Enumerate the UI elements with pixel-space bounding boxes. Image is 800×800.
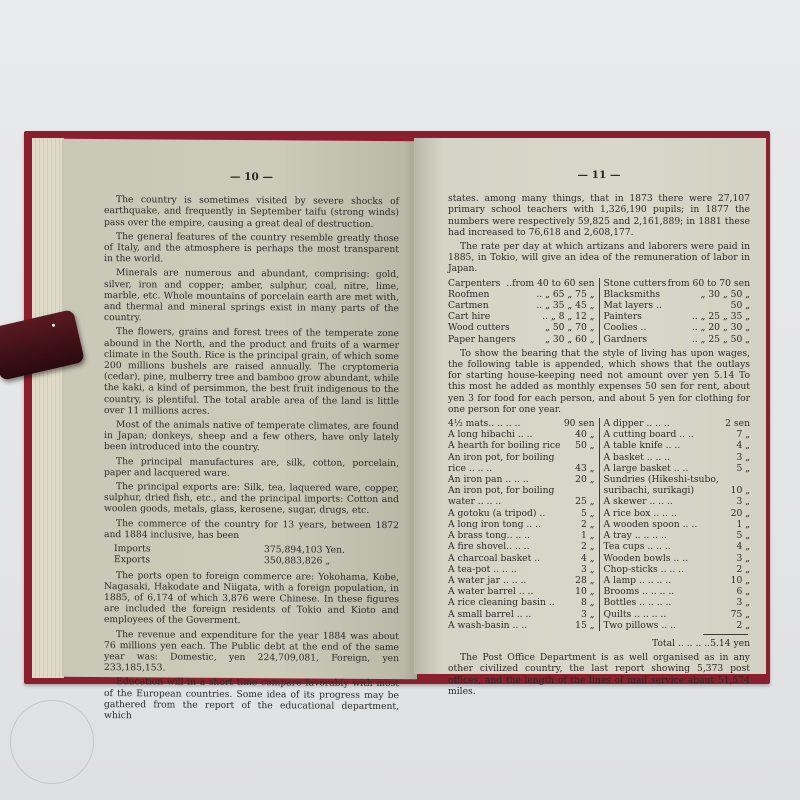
paragraph: The ports open to foreign commerce are: …: [104, 570, 399, 628]
row-value: 3 „: [581, 609, 595, 620]
row-label: A small barrel .. ..: [448, 609, 531, 620]
row-label: Blacksmiths: [604, 289, 661, 300]
row-label: An iron pot, for boiling: [448, 452, 554, 463]
table-row: A fire shovel.. .. ..2 „: [448, 541, 595, 552]
table-row: Sundries (Hikeshi-tsubo,: [604, 474, 751, 485]
table-row: An iron pot, for boiling: [448, 452, 595, 463]
row-label: A basket .. .. ..: [604, 452, 671, 463]
paragraph: The principal manufactures are, silk, co…: [104, 456, 399, 480]
paragraph: The country is sometimes visited by seve…: [104, 194, 399, 230]
row-label: 4½ mats.. .. .. ..: [448, 418, 520, 429]
row-label: Tea cups .. .. ..: [604, 541, 671, 552]
row-label: Mat layers ..: [604, 300, 662, 311]
row-label: Stone cutters: [604, 278, 667, 289]
row-value: .. „ 8 „ 12 „: [542, 311, 594, 322]
row-value: 50 „: [575, 440, 594, 451]
items-column-left: 4½ mats.. .. .. ..90 senA long hibachi .…: [448, 418, 600, 631]
row-label: Cartmen: [448, 300, 489, 311]
paragraph: The revenue and expenditure for the year…: [104, 629, 399, 676]
row-value: 4 „: [581, 553, 595, 564]
row-value: 5 „: [581, 508, 595, 519]
table-row: A rice box .. .. ..20 „: [604, 508, 751, 519]
row-label: Wooden bowls .. ..: [604, 553, 689, 564]
table-row: Roofmen.. „ 65 „ 75 „: [448, 289, 595, 300]
right-page: — 11 — states. among many things, that i…: [414, 138, 766, 674]
row-value: 2 „: [736, 564, 750, 575]
row-value: 6 „: [736, 586, 750, 597]
table-row: Bottles .. .. .. ..3 „: [604, 597, 751, 608]
table-row: Brooms .. .. .. ..6 „: [604, 586, 751, 597]
row-label: Two pillows .. ..: [604, 620, 676, 631]
row-label: An iron pot, for boiling: [448, 485, 554, 496]
row-label: Roofmen: [448, 289, 489, 300]
row-label: A brass tong.. .. ..: [448, 530, 530, 541]
paragraph: states. among many things, that in 1873 …: [448, 193, 750, 238]
row-label: A rice box .. .. ..: [604, 508, 677, 519]
row-label: A tea-pot .. .. ..: [448, 564, 517, 575]
table-row: 4½ mats.. .. .. ..90 sen: [448, 418, 595, 429]
row-label: Quilts .. .. .. ..: [604, 609, 667, 620]
row-value: 1 „: [736, 519, 750, 530]
row-value: 25 „: [575, 496, 594, 507]
table-row: A long hibachi .. ..40 „: [448, 429, 595, 440]
paragraph: The Post Office Department is as well or…: [448, 652, 750, 697]
table-row: A long iron tong .. ..2 „: [448, 519, 595, 530]
table-row: Painters.. „ 25 „ 35 „: [604, 311, 751, 322]
table-row: suribachi, surikagi)10 „: [604, 485, 751, 496]
table-row: Two pillows .. ..2 „: [604, 620, 751, 631]
row-label: A dipper .. .. ..: [604, 418, 670, 429]
table-row: A dipper .. .. ..2 sen: [604, 418, 751, 429]
row-value: 50 „: [731, 300, 750, 311]
row-value: 20 „: [731, 508, 750, 519]
paragraph: Minerals are numerous and abundant, comp…: [104, 267, 399, 325]
row-value: .. „ 20 „ 30 „: [692, 322, 750, 333]
table-row: Carpenters..from 40 to 60 sen: [448, 278, 595, 289]
row-label: An iron pan .. .. ..: [448, 474, 529, 485]
row-value: „ 30 „ 50 „: [701, 289, 750, 300]
row-label: A water jar .. .. ..: [448, 575, 526, 586]
table-row: A basket .. .. ..3 „: [604, 452, 751, 463]
row-label: water .. .. ..: [448, 496, 501, 507]
watermark-seal: [10, 700, 94, 784]
table-row: rice .. .. ..43 „: [448, 463, 595, 474]
row-label: Coolies ..: [604, 322, 647, 333]
row-value: 3 „: [736, 496, 750, 507]
trade-value: 350,883,826 „: [264, 555, 364, 567]
clip-highlight: [52, 323, 56, 327]
row-label: A long hibachi .. ..: [448, 429, 532, 440]
row-value: 40 „: [575, 429, 594, 440]
paragraph: To show the bearing that the style of li…: [448, 348, 750, 415]
table-row: A small barrel .. ..3 „: [448, 609, 595, 620]
row-value: .. „ 25 „ 35 „: [692, 311, 750, 322]
row-value: 7 „: [736, 429, 750, 440]
row-value: .. „ 35 „ 45 „: [536, 300, 594, 311]
table-row: Coolies .... „ 20 „ 30 „: [604, 322, 751, 333]
row-value: 2 „: [581, 519, 595, 530]
row-value: „ 50 „ 70 „: [545, 322, 594, 333]
row-label: A wooden spoon .. ..: [604, 519, 698, 530]
table-row: Wooden bowls .. ..3 „: [604, 553, 751, 564]
row-value: 3 „: [736, 597, 750, 608]
row-value: 10 „: [731, 485, 750, 496]
table-row: Mat layers ..50 „: [604, 300, 751, 311]
row-label: Cart hire: [448, 311, 490, 322]
table-row: Tea cups .. .. ..4 „: [604, 541, 751, 552]
table-row: A rice cleaning basin ..8 „: [448, 597, 595, 608]
table-row: A hearth for boiling rice50 „: [448, 440, 595, 451]
row-label: A table knife .. ..: [604, 440, 681, 451]
row-value: 5 „: [736, 463, 750, 474]
row-value: ..from 40 to 60 sen: [506, 278, 594, 289]
row-value: 20 „: [575, 474, 594, 485]
wage-column-right: Stone cuttersfrom 60 to 70 senBlacksmith…: [600, 278, 751, 345]
page-edges: [32, 138, 64, 678]
table-row: A brass tong.. .. ..1 „: [448, 530, 595, 541]
table-row: A table knife .. ..4 „: [604, 440, 751, 451]
trade-row: Exports 350,883,826 „: [114, 554, 399, 567]
paragraph: The general features of the country rese…: [104, 231, 399, 267]
row-label: Brooms .. .. .. ..: [604, 586, 675, 597]
row-label: Gardners: [604, 334, 648, 345]
row-value: 90 sen: [564, 418, 595, 429]
table-row: Blacksmiths„ 30 „ 50 „: [604, 289, 751, 300]
row-value: from 60 to 70 sen: [668, 278, 750, 289]
row-value: 4 „: [736, 541, 750, 552]
row-value: 43 „: [575, 463, 594, 474]
table-row: Paper hangers„ 30 „ 60 „: [448, 334, 595, 345]
row-label: A cutting board .. ..: [604, 429, 694, 440]
row-label: A skewer .. .. ..: [604, 496, 673, 507]
row-label: A water barrel .. ..: [448, 586, 533, 597]
row-value: 3 „: [581, 564, 595, 575]
row-value: 3 „: [736, 452, 750, 463]
row-label: Sundries (Hikeshi-tsubo,: [604, 474, 719, 485]
row-value: 75 „: [731, 609, 750, 620]
table-row: Quilts .. .. .. ..75 „: [604, 609, 751, 620]
wage-table: Carpenters..from 40 to 60 senRoofmen.. „…: [448, 278, 750, 345]
row-label: suribachi, surikagi): [604, 485, 695, 496]
row-label: A rice cleaning basin ..: [448, 597, 555, 608]
table-row: A wash-basin .. ..15 „: [448, 620, 595, 631]
row-label: rice .. .. ..: [448, 463, 492, 474]
table-row: Cart hire.. „ 8 „ 12 „: [448, 311, 595, 322]
table-row: A lamp .. .. .. ..10 „: [604, 575, 751, 586]
paragraph: The rate per day at which artizans and l…: [448, 241, 750, 275]
row-value: 5 „: [736, 530, 750, 541]
row-value: .. „ 65 „ 75 „: [536, 289, 594, 300]
row-value: 2 „: [581, 541, 595, 552]
table-row: A water jar .. .. ..28 „: [448, 575, 595, 586]
row-value: 3 „: [736, 553, 750, 564]
row-label: Painters: [604, 311, 642, 322]
row-value: 28 „: [575, 575, 594, 586]
paragraph: Education will in a short time compare f…: [104, 676, 399, 723]
row-label: A tray .. .. .. ..: [604, 530, 667, 541]
total-rule: [703, 634, 748, 635]
table-row: A skewer .. .. ..3 „: [604, 496, 751, 507]
row-value: 15 „: [575, 620, 594, 631]
left-page: — 10 — The country is sometimes visited …: [62, 139, 417, 679]
trade-value: 375,894,103 Yen.: [264, 544, 364, 556]
row-label: Paper hangers: [448, 334, 516, 345]
paragraph: The commerce of the country for 13 years…: [104, 518, 399, 542]
row-value: 10 „: [575, 586, 594, 597]
table-row: Gardners.. „ 25 „ 50 „: [604, 334, 751, 345]
paragraph: Most of the animals native of temperate …: [104, 419, 399, 455]
table-row: Chop-sticks .. .. ..2 „: [604, 564, 751, 575]
table-row: A tray .. .. .. ..5 „: [604, 530, 751, 541]
table-row: water .. .. ..25 „: [448, 496, 595, 507]
table-row: A large basket .. ..5 „: [604, 463, 751, 474]
housekeeping-table: 4½ mats.. .. .. ..90 senA long hibachi .…: [448, 418, 750, 631]
row-label: A large basket .. ..: [604, 463, 689, 474]
table-row: An iron pot, for boiling: [448, 485, 595, 496]
row-label: A charcoal basket ..: [448, 553, 540, 564]
row-label: A lamp .. .. .. ..: [604, 575, 672, 586]
row-label: Carpenters: [448, 278, 500, 289]
paragraph: The principal exports are: Silk, tea, la…: [104, 481, 399, 517]
row-value: .. „ 25 „ 50 „: [692, 334, 750, 345]
table-row: A water barrel .. ..10 „: [448, 586, 595, 597]
table-row: A charcoal basket ..4 „: [448, 553, 595, 564]
row-value: „ 30 „ 60 „: [545, 334, 594, 345]
table-row: Wood cutters„ 50 „ 70 „: [448, 322, 595, 333]
table-row: A wooden spoon .. ..1 „: [604, 519, 751, 530]
row-value: 1 „: [581, 530, 595, 541]
table-row: A cutting board .. ..7 „: [604, 429, 751, 440]
row-value: 2 „: [736, 620, 750, 631]
wage-column-left: Carpenters..from 40 to 60 senRoofmen.. „…: [448, 278, 600, 345]
row-value: 4 „: [736, 440, 750, 451]
row-label: A long iron tong .. ..: [448, 519, 541, 530]
row-label: A wash-basin .. ..: [448, 620, 527, 631]
trade-label: Exports: [114, 554, 264, 566]
row-label: Wood cutters: [448, 322, 510, 333]
row-value: 10 „: [731, 575, 750, 586]
row-value: 8 „: [581, 597, 595, 608]
row-label: Chop-sticks .. .. ..: [604, 564, 685, 575]
row-label: A hearth for boiling rice: [448, 440, 560, 451]
row-label: Bottles .. .. .. ..: [604, 597, 672, 608]
table-row: An iron pan .. .. ..20 „: [448, 474, 595, 485]
table-row: Stone cuttersfrom 60 to 70 sen: [604, 278, 751, 289]
row-label: A gotoku (a tripod) ..: [448, 508, 545, 519]
trade-table: Imports 375,894,103 Yen. Exports 350,883…: [114, 543, 399, 567]
items-column-right: A dipper .. .. ..2 senA cutting board ..…: [600, 418, 751, 631]
table-row: Cartmen.. „ 35 „ 45 „: [448, 300, 595, 311]
page-number: — 10 —: [104, 171, 399, 184]
page-number: — 11 —: [448, 170, 750, 181]
row-value: 2 sen: [725, 418, 750, 429]
table-row: A tea-pot .. .. ..3 „: [448, 564, 595, 575]
row-label: A fire shovel.. .. ..: [448, 541, 530, 552]
total-row: Total .. .. .. ..5.14 yen: [448, 638, 750, 649]
table-row: A gotoku (a tripod) ..5 „: [448, 508, 595, 519]
paragraph: The flowers, grains and forest trees of …: [104, 326, 399, 418]
